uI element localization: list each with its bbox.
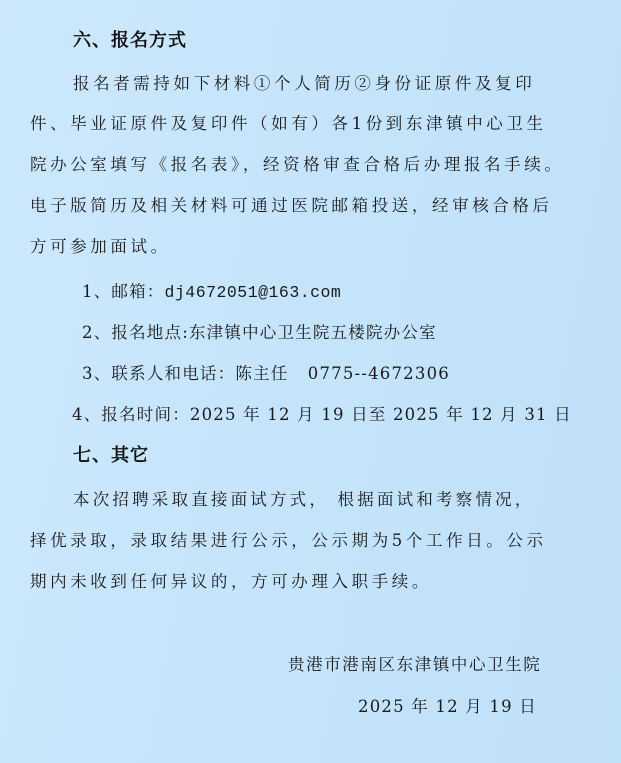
registration-time-item: 4、报名时间：2025 年 12 月 19 日至 2025 年 12 月 31 … [72,401,572,425]
section-7-paragraph-line-2: 择优录取，录取结果进行公示，公示期为5个工作日。公示 [30,527,547,551]
section-7-paragraph-line-3: 期内未收到任何异议的，方可办理入职手续。 [30,568,432,592]
section-7-paragraph-line-1: 本次招聘采取直接面试方式， 根据面试和考察情况， [73,486,535,510]
contact-value: 陈主任 0775--4672306 [235,364,450,383]
location-label: 2、报名地点: [82,323,189,342]
registration-time-value: 2025 年 12 月 19 日至 2025 年 12 月 31 日 [190,405,572,424]
section-7-heading: 七、其它 [73,441,149,467]
contact-label: 3、联系人和电话： [82,364,235,383]
signature-organization: 贵港市港南区东津镇中心卫生院 [288,651,541,675]
email-address[interactable]: dj4672051@163.com [165,283,342,302]
section-6-paragraph-line-3: 院办公室填写《报名表》，经资格审查合格后办理报名手续。 [30,151,564,175]
email-label: 1、邮箱： [82,282,165,301]
document-page: 六、报名方式 报名者需持如下材料①个人简历②身份证原件及复印 件、毕业证原件及复… [0,0,621,763]
section-6-heading: 六、报名方式 [73,26,187,52]
section-6-paragraph-line-1: 报名者需持如下材料①个人简历②身份证原件及复印 [73,70,535,94]
signature-date: 2025 年 12 月 19 日 [358,693,537,717]
registration-time-label: 4、报名时间： [72,405,190,424]
section-6-paragraph-line-5: 方可参加面试。 [30,233,171,257]
email-item: 1、邮箱：dj4672051@163.com [82,278,341,302]
contact-item: 3、联系人和电话：陈主任 0775--4672306 [82,360,450,384]
location-value: 东津镇中心卫生院五楼院办公室 [189,323,437,342]
location-item: 2、报名地点:东津镇中心卫生院五楼院办公室 [82,319,437,343]
section-6-paragraph-line-4: 电子版简历及相关材料可通过医院邮箱投送，经审核合格后 [30,192,553,216]
section-6-paragraph-line-2: 件、毕业证原件及复印件（如有）各1份到东津镇中心卫生 [30,110,547,134]
